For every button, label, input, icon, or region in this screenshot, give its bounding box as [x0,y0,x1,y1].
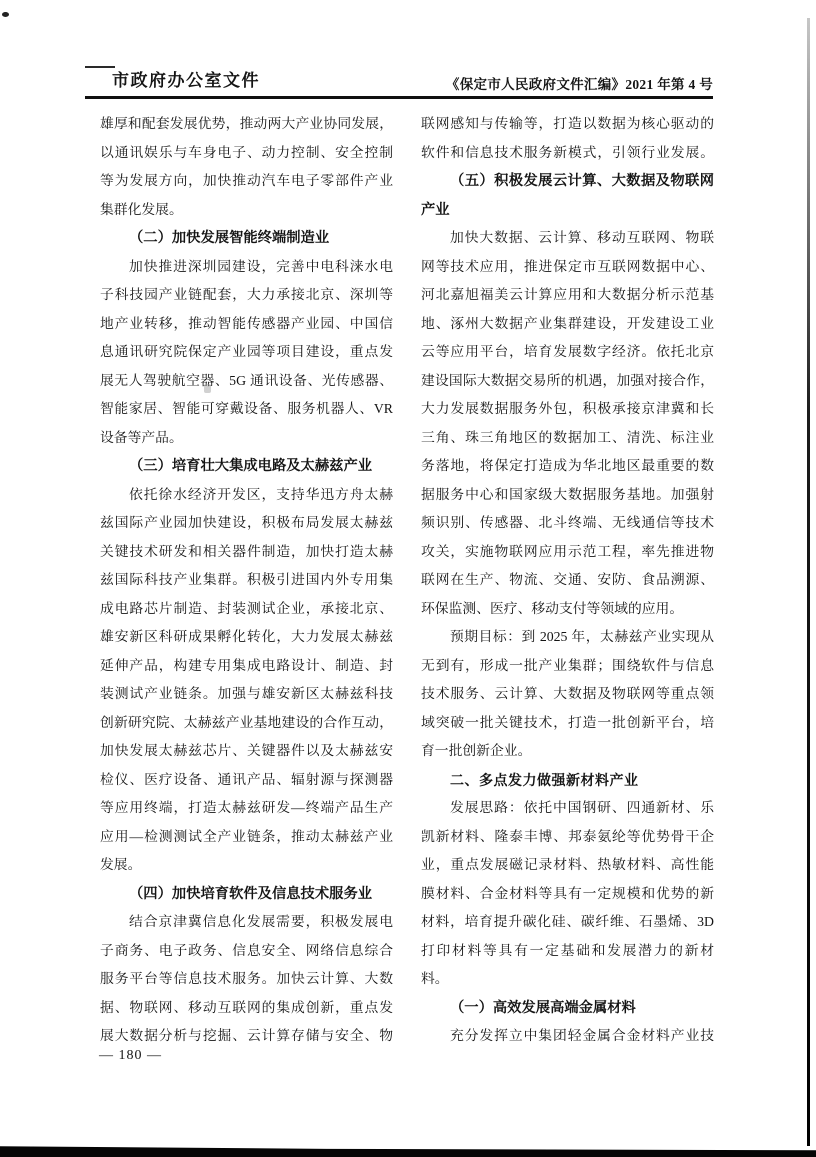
header-rule [85,96,713,99]
text-line: 兹国际产业园加快建设，积极布局发展太赫兹 [100,509,393,538]
text-line: 材料，培育提升碳化硅、碳纤维、石墨烯、3D [421,908,714,937]
column-right: 联网感知与传输等，打造以数据为核心驱动的软件和信息技术服务新模式，引领行业发展。… [421,110,714,1051]
text-line: 加快推进深圳园建设，完善中电科涞水电 [100,253,393,282]
text-line: 子商务、电子政务、信息安全、网络信息综合 [100,937,393,966]
header-top-rule-fragment [85,66,115,68]
text-line: 检仪、医疗设备、通讯产品、辐射源与探测器 [100,766,393,795]
text-line: 充分发挥立中集团轻金属合金材料产业技 [421,1022,714,1051]
text-line: 三角、珠三角地区的数据加工、清洗、标注业 [421,424,714,453]
text-line: 环保监测、医疗、移动支付等领域的应用。 [421,595,714,624]
text-line: 务落地，将保定打造成为华北地区最重要的数 [421,452,714,481]
text-line: 凯新材料、隆泰丰博、邦泰氨纶等优势骨干企 [421,823,714,852]
text-line: 等应用终端，打造太赫兹研发—终端产品生产 [100,794,393,823]
text-line: 雄厚和配套发展优势，推动两大产业协同发展， [100,110,393,139]
text-line: 河北嘉旭福美云计算应用和大数据分析示范基 [421,281,714,310]
heading-line: （四）加快培育软件及信息技术服务业 [100,880,393,909]
text-line: 加快大数据、云计算、移动互联网、物联 [421,224,714,253]
scan-artifact-right-edge [807,18,810,1146]
page-number: — 180 — [99,1046,162,1066]
text-line: 依托徐水经济开发区，支持华迅方舟太赫 [100,481,393,510]
text-line: 智能家居、智能可穿戴设备、服务机器人、VR [100,395,393,424]
text-line: 发展。 [100,851,393,880]
text-line: 预期目标：到 2025 年，太赫兹产业实现从 [421,623,714,652]
text-line: 延伸产品，构建专用集成电路设计、制造、封 [100,652,393,681]
text-line: 加快发展太赫兹芯片、关键器件以及太赫兹安 [100,737,393,766]
text-line: 服务平台等信息技术服务。加快云计算、大数 [100,965,393,994]
text-line: 兹国际科技产业集群。积极引进国内外专用集 [100,566,393,595]
text-line: 云等应用平台，培育发展数字经济。依托北京 [421,338,714,367]
text-line: 打印材料等具有一定基础和发展潜力的新材 [421,937,714,966]
header-document-category: 市政府办公室文件 [112,70,260,92]
text-line: 据服务中心和国家级大数据服务基地。加强射 [421,481,714,510]
heading-line: （二）加快发展智能终端制造业 [100,224,393,253]
text-line: 成电路芯片制造、封装测试企业，承接北京、 [100,595,393,624]
scan-artifact-smudge [204,384,211,393]
text-line: 膜材料、合金材料等具有一定规模和优势的新 [421,880,714,909]
scan-artifact-speck [2,12,9,17]
text-line: 设备等产品。 [100,424,393,453]
text-line: 料。 [421,965,714,994]
text-line: 域突破一批关键技术，打造一批创新平台，培 [421,709,714,738]
text-line: 以通讯娱乐与车身电子、动力控制、安全控制 [100,139,393,168]
text-line: 关键技术研发和相关器件制造，加快打造太赫 [100,538,393,567]
text-line: 雄安新区科研成果孵化转化，大力发展太赫兹 [100,623,393,652]
text-line: 网等技术应用，推进保定市互联网数据中心、 [421,253,714,282]
text-line: 据、物联网、移动互联网的集成创新，重点发 [100,994,393,1023]
text-line: 集群化发展。 [100,196,393,225]
heading-line: （一）高效发展高端金属材料 [421,994,714,1023]
header-publication-title: 《保定市人民政府文件汇编》2021 年第 4 号 [446,76,713,94]
column-left: 雄厚和配套发展优势，推动两大产业协同发展，以通讯娱乐与车身电子、动力控制、安全控… [100,110,393,1051]
text-line: 建设国际大数据交易所的机遇，加强对接合作， [421,367,714,396]
text-line: 发展思路：依托中国钢研、四通新材、乐 [421,794,714,823]
text-line: 联网在生产、物流、交通、安防、食品溯源、 [421,566,714,595]
text-line: 子科技园产业链配套，大力承接北京、深圳等 [100,281,393,310]
text-line: 技术服务、云计算、大数据及物联网等重点领 [421,680,714,709]
text-line: 展无人驾驶航空器、5G 通讯设备、光传感器、 [100,367,393,396]
text-line: 联网感知与传输等，打造以数据为核心驱动的 [421,110,714,139]
document-page: 市政府办公室文件 《保定市人民政府文件汇编》2021 年第 4 号 雄厚和配套发… [0,0,816,1157]
text-line: 等为发展方向，加快推动汽车电子零部件产业 [100,167,393,196]
text-line: 息通讯研究院保定产业园等项目建设，重点发 [100,338,393,367]
text-line: 无到有，形成一批产业集群；围绕软件与信息 [421,652,714,681]
text-line: 地产业转移，推动智能传感器产业园、中国信 [100,310,393,339]
scan-artifact-bottom-bar [0,1145,816,1157]
heading-line: 二、多点发力做强新材料产业 [421,766,714,795]
text-line: 软件和信息技术服务新模式，引领行业发展。 [421,139,714,168]
text-line: 业，重点发展磁记录材料、热敏材料、高性能 [421,851,714,880]
heading-line: （三）培育壮大集成电路及太赫兹产业 [100,452,393,481]
text-line: 育一批创新企业。 [421,737,714,766]
text-line: 大力发展数据服务外包，积极承接京津冀和长 [421,395,714,424]
text-line: 应用—检测测试全产业链条，推动太赫兹产业 [100,823,393,852]
text-line: 创新研究院、太赫兹产业基地建设的合作互动， [100,709,393,738]
text-line: 攻关，实施物联网应用示范工程，率先推进物 [421,538,714,567]
text-line: 地、涿州大数据产业集群建设，开发建设工业 [421,310,714,339]
text-line: 结合京津冀信息化发展需要，积极发展电 [100,908,393,937]
text-line: 装测试产业链条。加强与雄安新区太赫兹科技 [100,680,393,709]
heading-line: （五）积极发展云计算、大数据及物联网 [421,167,714,196]
heading-line: 产业 [421,196,714,225]
text-line: 频识别、传感器、北斗终端、无线通信等技术 [421,509,714,538]
